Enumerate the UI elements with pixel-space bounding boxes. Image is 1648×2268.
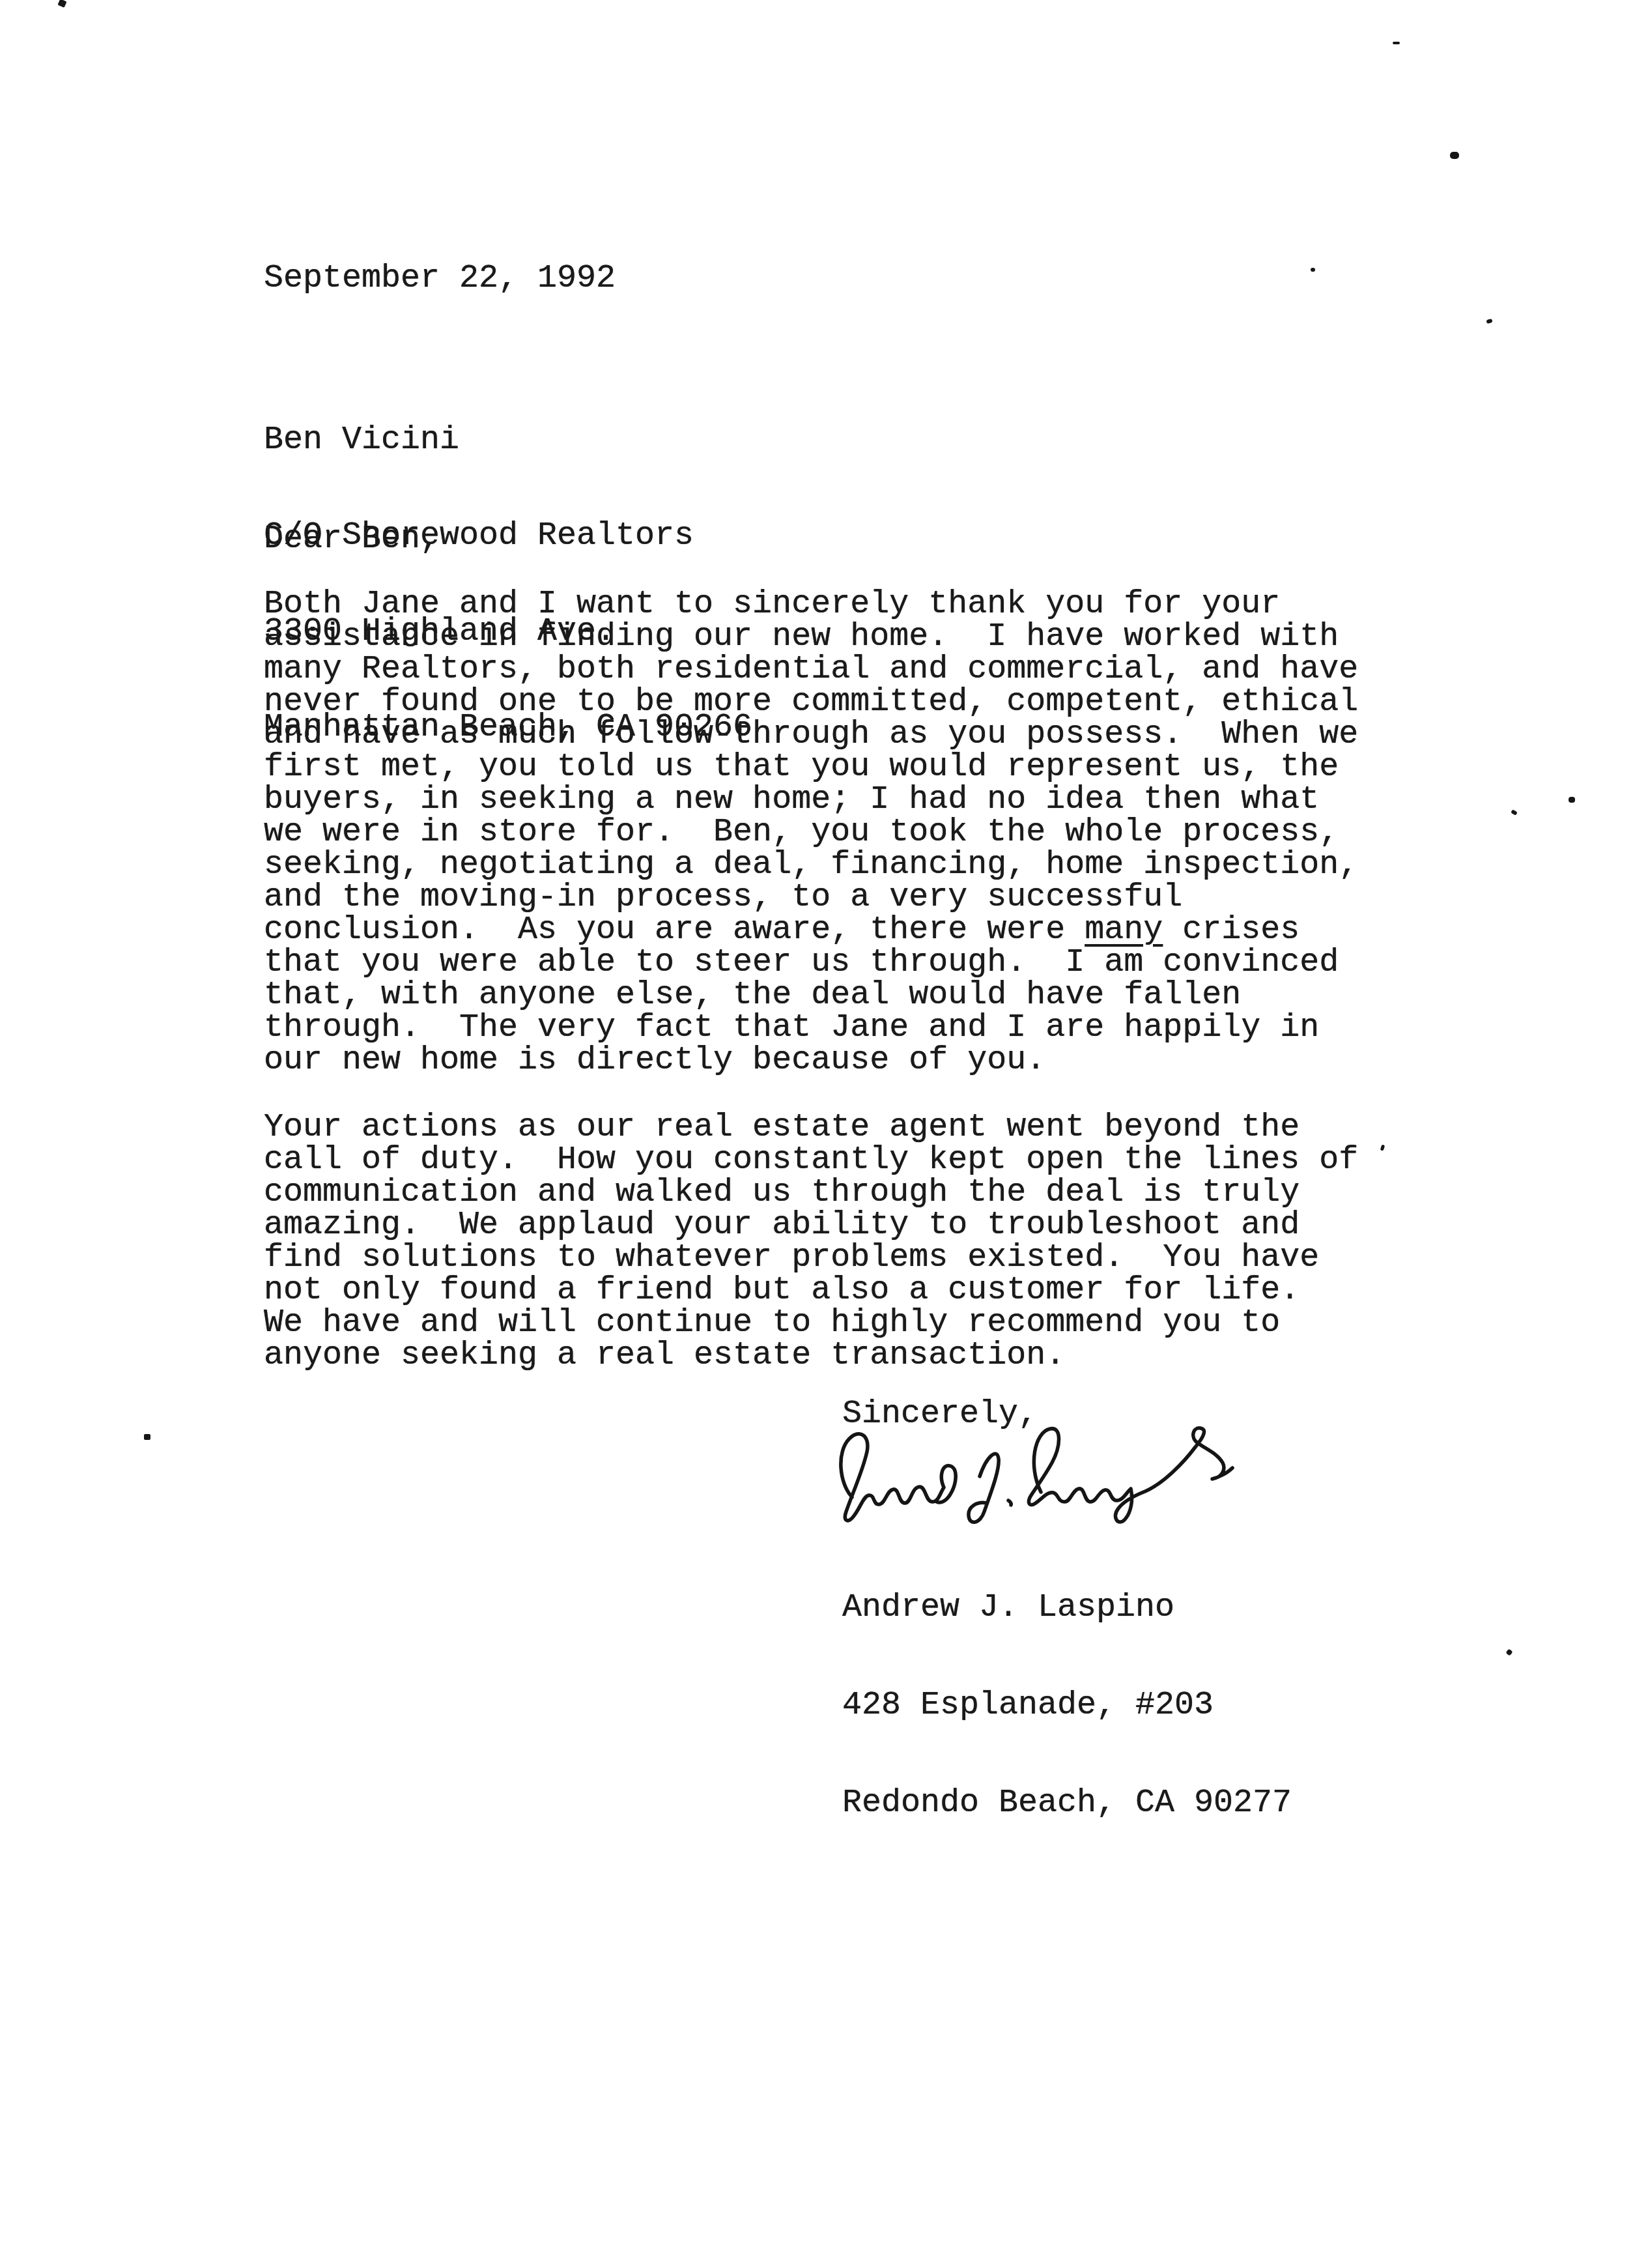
scan-speck (1450, 152, 1459, 159)
body-paragraph-1: Both Jane and I want to sincerely thank … (264, 588, 1410, 1077)
signature-stroke (841, 1428, 1232, 1523)
sender-street: 428 Esplanade, #203 (842, 1689, 1292, 1722)
letter-date: September 22, 1992 (264, 263, 616, 295)
scan-speck (144, 1434, 150, 1440)
scan-speck (1486, 319, 1492, 324)
sender-block: Andrew J. Laspino 428 Esplanade, #203 Re… (842, 1527, 1292, 1885)
scan-speck (1569, 797, 1575, 803)
scan-speck (1505, 1648, 1513, 1656)
paragraph-1-text-before: Both Jane and I want to sincerely thank … (264, 586, 1358, 949)
scan-speck (1311, 268, 1315, 272)
handwritten-signature (826, 1415, 1243, 1529)
sender-name: Andrew J. Laspino (842, 1592, 1292, 1624)
salutation: Dear Ben, (264, 523, 440, 556)
scan-speck (57, 0, 66, 8)
body-paragraph-2: Your actions as our real estate agent we… (264, 1112, 1410, 1372)
scan-speck (1511, 809, 1518, 816)
scanned-letter-page: September 22, 1992 Ben Vicini C/O Shorew… (0, 0, 1648, 2268)
sender-city: Redondo Beach, CA 90277 (842, 1787, 1292, 1820)
underlined-word-many: many (1085, 912, 1163, 949)
scan-speck (1393, 42, 1400, 44)
recipient-name: Ben Vicini (264, 424, 752, 456)
